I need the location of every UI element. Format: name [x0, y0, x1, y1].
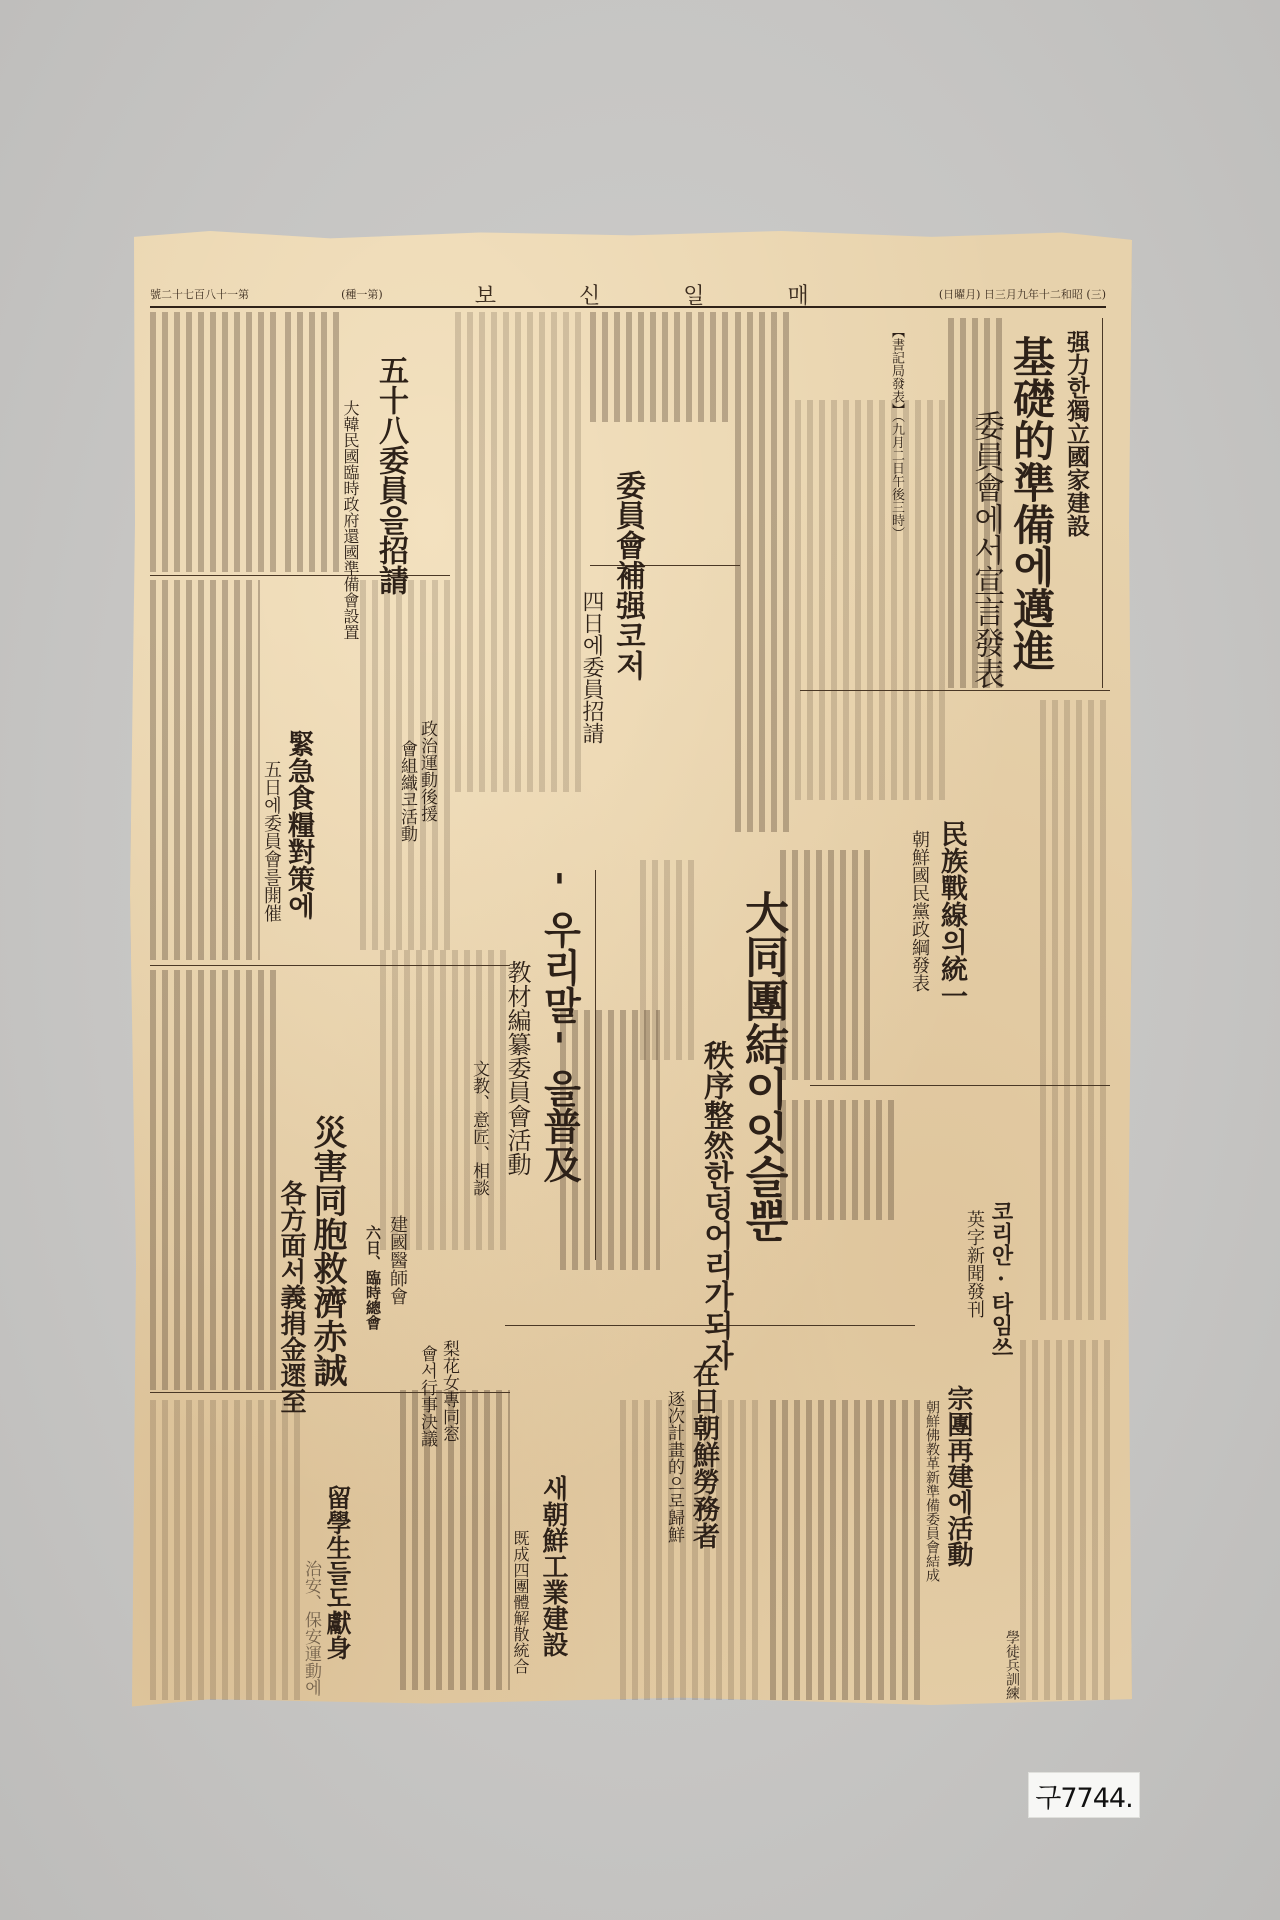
headline: 大同團結이잇슬뿐: [740, 890, 784, 1242]
headline: 民族戰線의統一: [938, 820, 965, 1009]
subhead: 會組織코活動: [398, 740, 415, 842]
headline-main: 基礎的準備에邁進: [1010, 335, 1052, 671]
subhead: 朝鮮國民黨政綱發表: [910, 830, 928, 992]
headline: 政治運動後援: [418, 720, 435, 822]
subhead: 既成四團體解散統合: [512, 1530, 528, 1674]
masthead-date: (日曜月) 日三月九年十二和昭 (三): [939, 286, 1106, 302]
subhead: 大韓民國臨時政府還國準備會設置: [342, 400, 358, 640]
subhead: 逐次計畫的으로歸鮮: [665, 1390, 682, 1543]
headline: 建國醫師會: [388, 1215, 406, 1305]
body-text-block: [150, 312, 280, 572]
subhead: 英字新聞發刊: [965, 1210, 983, 1318]
headline: 委員會補强코저: [612, 470, 642, 680]
column-rule: [150, 965, 510, 966]
headline: 梨花女專同窓: [440, 1340, 457, 1442]
column-rule: [595, 870, 596, 1260]
body-text-block: [455, 312, 585, 792]
body-text-block: [640, 860, 700, 1060]
subhead: 六日、臨時總會: [365, 1225, 380, 1330]
body-text-block: [795, 400, 945, 800]
subhead: 五日에委員會를開催: [262, 760, 280, 922]
masthead-issue-number: 號二十七百八十一第: [150, 286, 249, 302]
column-rule: [800, 690, 1110, 691]
subhead: 朝鮮佛教革新準備委員會結成: [925, 1400, 939, 1582]
note: 文教、意匠、相談: [470, 1060, 487, 1196]
dateline: 【書記局發表】（九月二日午後三時）: [890, 325, 903, 540]
column-rule: [1102, 318, 1103, 688]
headline: 留學生들도獻身: [325, 1485, 350, 1660]
subhead: 教材編纂委員會活動: [505, 960, 529, 1176]
headline: 코리안·타임쓰: [990, 1200, 1012, 1358]
subhead: 治安、保安運動에: [302, 1560, 319, 1696]
body-text-block: [285, 312, 345, 572]
masthead-rule: [150, 306, 1106, 308]
body-text-block: [380, 950, 510, 1250]
headline: 五十八委員을招請: [375, 355, 405, 595]
headline: 緊急食糧對策에: [285, 730, 312, 919]
subhead: 秩序整然한덩어리가되자: [700, 1040, 730, 1370]
headline: 災害同胞救濟赤誠: [310, 1115, 344, 1387]
headline: 學徒兵訓練: [1005, 1630, 1019, 1700]
headline-kicker: 强力한獨立國家建設: [1065, 330, 1088, 537]
body-text-block: [590, 312, 730, 422]
masthead-title: 보 신 일 매: [475, 279, 847, 310]
body-text-block: [735, 312, 795, 832]
masthead-edition: (種一第): [341, 286, 383, 302]
subhead: 委員會에서宣言發表: [970, 410, 1001, 689]
subhead: 四日에委員招請: [580, 590, 602, 744]
headline: 宗團再建에活動: [945, 1385, 971, 1567]
body-text-block: [1040, 700, 1110, 1320]
catalog-label: 구7744.: [1028, 1772, 1140, 1818]
body-text-block: [780, 1100, 900, 1220]
body-text-block: [150, 580, 260, 960]
headline: '우리말'을普及: [540, 865, 578, 1183]
column-rule: [810, 1085, 1110, 1086]
subhead: 會서行事決議: [418, 1345, 435, 1447]
headline: 새朝鮮工業建設: [540, 1475, 566, 1657]
body-text-block: [770, 1400, 920, 1700]
body-text-block: [150, 970, 280, 1390]
subhead: 各方面서義捐金遝至: [278, 1180, 304, 1414]
masthead: 號二十七百八十一第 (種一第) 보 신 일 매 (日曜月) 日三月九年十二和昭 …: [150, 284, 1106, 304]
body-text-block: [780, 850, 870, 1080]
headline: 在日朝鮮勞務者: [690, 1360, 717, 1549]
body-text-block: [1020, 1340, 1110, 1700]
body-text-block: [150, 1400, 300, 1700]
